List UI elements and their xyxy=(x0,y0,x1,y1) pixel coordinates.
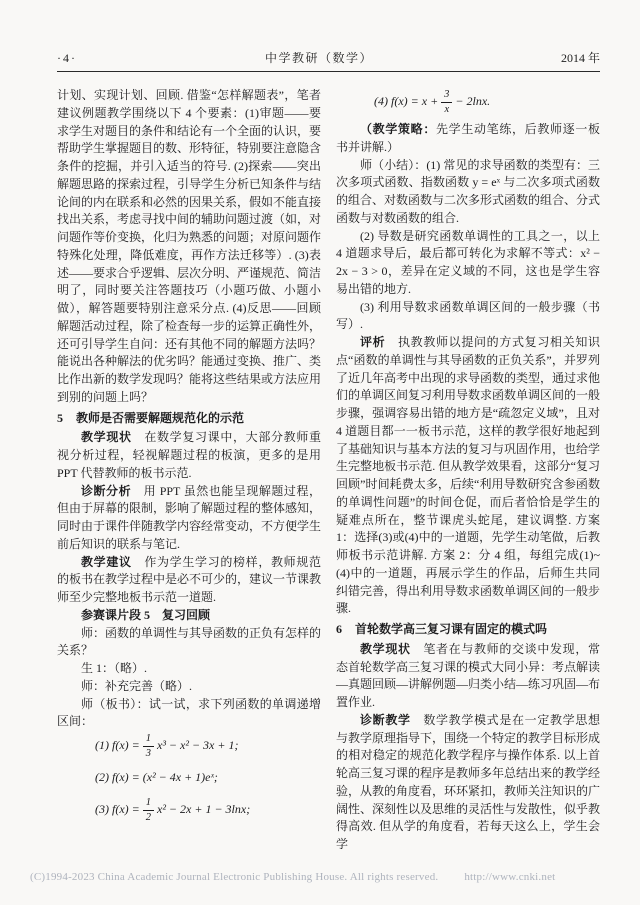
page-header: ·4· 中学教研（数学） 2014 年 xyxy=(57,49,600,66)
fraction: 1 2 xyxy=(143,797,154,822)
formula-2: (2) f(x) = (x² − 4x + 1)eˣ; xyxy=(57,765,321,791)
header-divider xyxy=(57,71,600,72)
fraction-denominator: x xyxy=(444,103,449,115)
paragraph-lead: 教学建议 xyxy=(81,555,132,569)
paragraph-strategy-note: （教学策略：先学生动笔练，后教师逐一板书并讲解.） xyxy=(336,121,600,157)
paragraph-teaching-status: 教学现状 在数学复习课中，大部分教师重视分析过程，轻视解题过程的板演，更多的是用… xyxy=(57,429,321,482)
paragraph-lead: 教学现状 xyxy=(360,642,411,656)
section-heading-5: 5教师是否需要解题规范化的示范 xyxy=(57,410,321,428)
paragraph-summary-item2: (2) 导数是研究函数单调性的工具之一，以上 4 道题求导后，最后都可转化为求解… xyxy=(336,228,600,299)
paragraph-summary-item3: (3) 利用导数求函数单调区间的一般步骤（书写）. xyxy=(336,299,600,335)
journal-title: 中学教研（数学） xyxy=(265,49,373,66)
paragraph-review-comment: 评析 执教教师以提问的方式复习相关知识点“函数的单调性与其导函数的正负关系”，并… xyxy=(336,334,600,618)
dialogue-teacher-summary: 师（小结）：(1) 常见的求导函数的类型有：三次多项式函数、指数函数 y = e… xyxy=(336,157,600,228)
formula-4: (4) f(x) = x + 3 x − 2lnx. xyxy=(336,89,600,115)
formula-post: x² − 2x + 1 − 3lnx; xyxy=(157,801,250,819)
section-title: 首轮数学高三复习课有固定的模式吗 xyxy=(355,622,547,636)
formula-3: (3) f(x) = 1 2 x² − 2x + 1 − 3lnx; xyxy=(57,797,321,823)
fraction-numerator: 1 xyxy=(143,797,154,810)
formula-post: − 2lnx. xyxy=(455,93,490,111)
left-column: 计划、实现计划、回顾. 借鉴“怎样解题表”，笔者建议例题教学围绕以下 4 个要素… xyxy=(57,87,321,854)
issue-year: 2014 年 xyxy=(561,49,600,66)
dialogue-teacher-complete: 师：补充完善（略）. xyxy=(57,678,321,696)
dialogue-teacher-board: 师（板书）：试一试，求下列函数的单调递增区间： xyxy=(57,696,321,732)
paragraph-solving-plan: 计划、实现计划、回顾. 借鉴“怎样解题表”，笔者建议例题教学围绕以下 4 个要素… xyxy=(57,87,321,407)
fraction-denominator: 3 xyxy=(146,747,151,759)
section-heading-6: 6首轮数学高三复习课有固定的模式吗 xyxy=(336,621,600,639)
paragraph-lead: 评析 xyxy=(360,335,385,349)
dialogue-student-answer: 生 1：（略）. xyxy=(57,660,321,678)
paragraph-lesson-clip: 参赛课片段 5 复习回顾 xyxy=(57,607,321,625)
fraction-numerator: 3 xyxy=(441,89,452,102)
fraction: 1 3 xyxy=(143,733,154,758)
paragraph-lead: （教学策略： xyxy=(360,122,436,136)
copyright-footer: (C)1994-2023 China Academic Journal Elec… xyxy=(30,871,555,883)
formula-1: (1) f(x) = 1 3 x³ − x² − 3x + 1; xyxy=(57,733,321,759)
right-column: (4) f(x) = x + 3 x − 2lnx. （教学策略：先学生动笔练，… xyxy=(336,87,600,854)
formula-pre: (2) f(x) = (x² − 4x + 1)eˣ; xyxy=(95,769,218,787)
paragraph-text: 数学教学模式是在一定教学思想与教学原理指导下，围绕一个特定的教学目标形成的相对稳… xyxy=(336,713,600,851)
formula-post: x³ − x² − 3x + 1; xyxy=(157,737,238,755)
paragraph-lead: 教学现状 xyxy=(81,430,132,444)
formula-pre: (1) f(x) = xyxy=(95,737,140,755)
paragraph-teaching-status-6: 教学现状 笔者在与教师的交谈中发现，常态首轮数学高三复习课的模式大同小异：考点解… xyxy=(336,641,600,712)
formula-pre: (4) f(x) = x + xyxy=(374,93,438,111)
section-title: 教师是否需要解题规范化的示范 xyxy=(76,411,244,425)
formula-pre: (3) f(x) = xyxy=(95,801,140,819)
fraction-denominator: 2 xyxy=(146,811,151,823)
paragraph-diagnosis-teaching: 诊断教学 数学教学模式是在一定教学思想与教学原理指导下，围绕一个特定的教学目标形… xyxy=(336,712,600,854)
section-number: 5 xyxy=(57,411,63,425)
paragraph-diagnosis: 诊断分析 用 PPT 虽然也能呈现解题过程，但由于屏幕的限制，影响了解题过程的整… xyxy=(57,483,321,554)
dialogue-teacher-question: 师：函数的单调性与其导函数的正负有怎样的关系？ xyxy=(57,625,321,661)
fraction-numerator: 1 xyxy=(143,733,154,746)
copyright-text: (C)1994-2023 China Academic Journal Elec… xyxy=(30,871,438,883)
page-number: ·4· xyxy=(57,51,77,66)
two-column-body: 计划、实现计划、回顾. 借鉴“怎样解题表”，笔者建议例题教学围绕以下 4 个要素… xyxy=(57,87,600,854)
journal-page: ·4· 中学教研（数学） 2014 年 计划、实现计划、回顾. 借鉴“怎样解题表… xyxy=(0,0,640,905)
paragraph-lead: 诊断教学 xyxy=(360,713,411,727)
paragraph-text: 执教教师以提问的方式复习相关知识点“函数的单调性与其导函数的正负关系”，并罗列了… xyxy=(336,335,600,615)
section-number: 6 xyxy=(336,622,342,636)
paragraph-advice: 教学建议 作为学生学习的榜样，教师规范的板书在教学过程中是必不可少的，建议一节课… xyxy=(57,554,321,607)
paragraph-lead: 诊断分析 xyxy=(81,484,131,498)
fraction: 3 x xyxy=(441,89,452,114)
cnki-url: http://www.cnki.net xyxy=(464,871,555,883)
